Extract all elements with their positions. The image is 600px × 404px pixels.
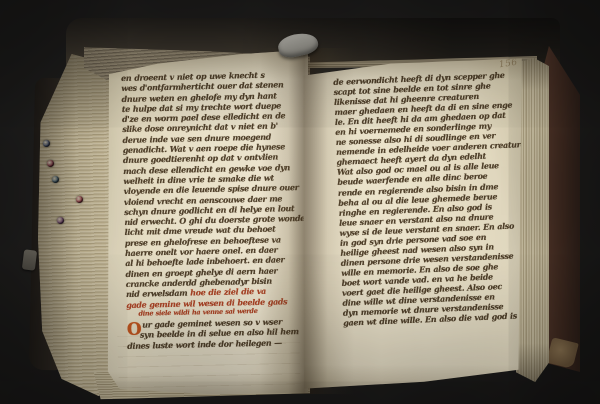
left-page-text: en droeent v niet op uwe knecht swes d'o… <box>121 69 308 351</box>
right-page-text: de eerwondicht heeft di dyn scepper ghes… <box>333 69 524 328</box>
knot-red <box>76 196 83 203</box>
knot-dark-blue <box>43 140 50 147</box>
manuscript-photo: en droeent v niet op uwe knecht swes d'o… <box>0 0 600 404</box>
clasp-remnant <box>22 249 37 270</box>
knot-maroon <box>47 160 54 167</box>
left-page: en droeent v niet op uwe knecht swes d'o… <box>94 48 308 396</box>
worn-leather-corner <box>546 337 578 369</box>
knot-teal-blue <box>52 176 59 183</box>
text-segment: dine siele wildi ha venne sal werde <box>138 307 257 318</box>
faint-ruling-lines <box>117 332 300 392</box>
knot-purple <box>57 217 64 224</box>
right-page: 156 de eerwondicht heeft di dyn scepper … <box>302 50 524 392</box>
